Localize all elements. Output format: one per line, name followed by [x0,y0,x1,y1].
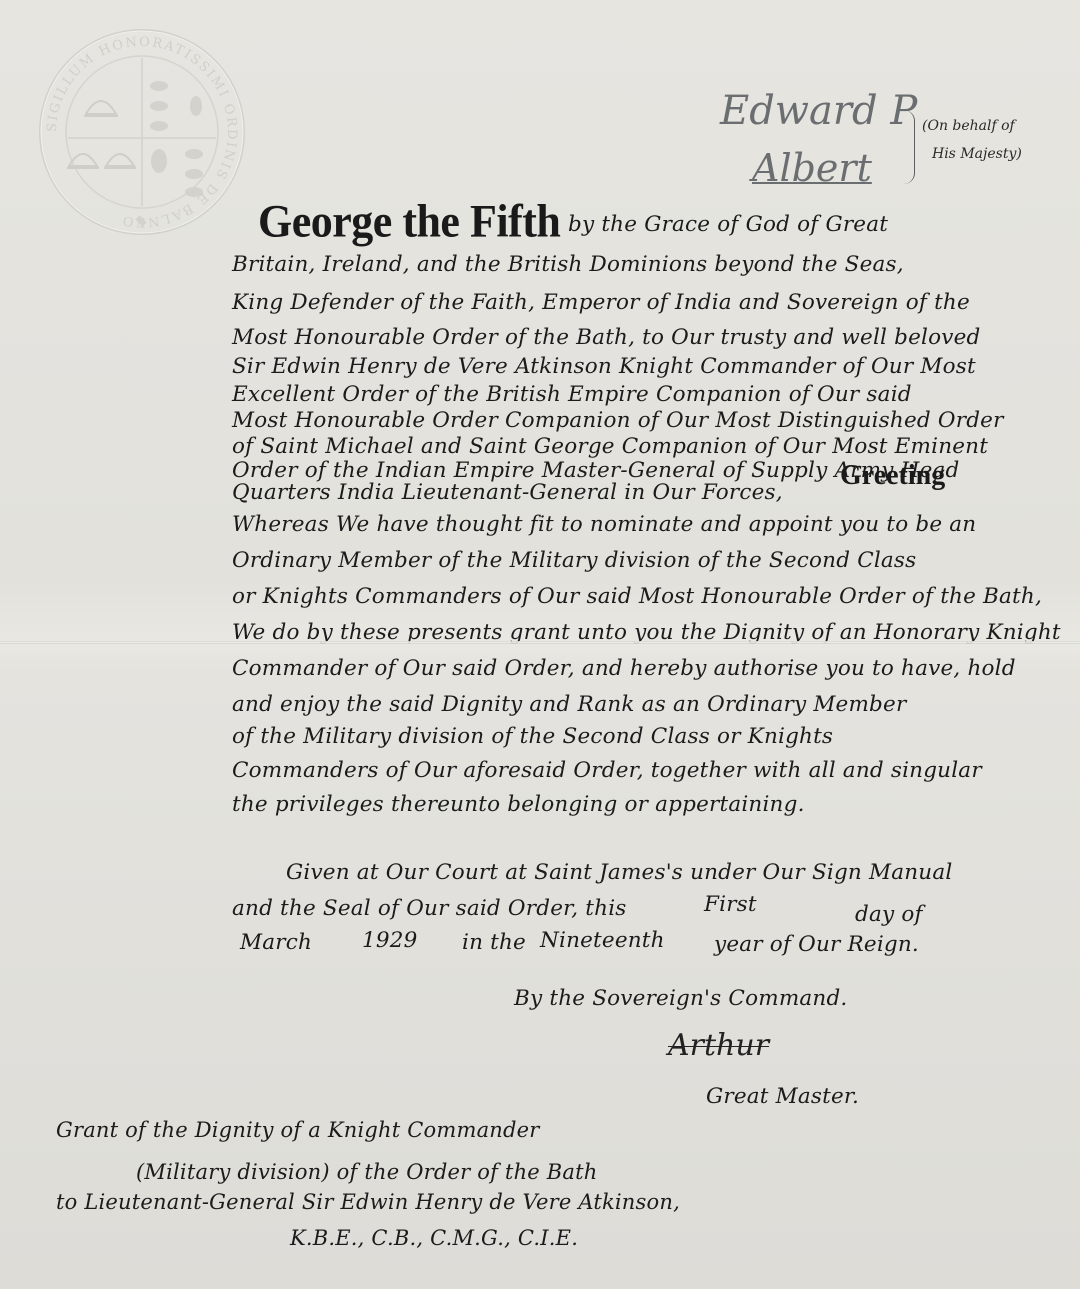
body-line: of the Military division of the Second C… [232,724,833,749]
great-master-title: Great Master. [706,1084,859,1109]
document-paper: SIGILLUM HONORATISSIMI ORDINIS DE BALNEO… [0,0,1080,1289]
given-line-2b: day of [855,902,923,927]
given-line-1: Given at Our Court at Saint James's unde… [286,860,952,885]
on-behalf-note-2: His Majesty) [932,146,1022,162]
paper-fold-line [0,641,1080,644]
body-line: Commanders of Our aforesaid Order, toget… [232,758,982,783]
body-line: Whereas We have thought fit to nominate … [232,512,976,537]
given-day: First [704,892,757,917]
preamble-line: by the Grace of God of Great [568,212,888,237]
body-line: Commander of Our said Order, and hereby … [232,656,1016,681]
signature-arthur: Arthur [668,1028,769,1063]
endorsement-line: K.B.E., C.B., C.M.G., C.I.E. [290,1226,578,1250]
preamble-line: King Defender of the Faith, Emperor of I… [232,290,970,315]
endorsement-line: to Lieutenant-General Sir Edwin Henry de… [56,1190,680,1214]
sovereign-command: By the Sovereign's Command. [514,986,847,1011]
greeting: Greeting [840,460,945,492]
endorsement-line: Grant of the Dignity of a Knight Command… [56,1118,540,1142]
preamble-line: Britain, Ireland, and the British Domini… [232,252,904,277]
body-line: or Knights Commanders of Our said Most H… [232,584,1042,609]
given-regnal-b: year of Our Reign. [714,932,919,957]
document-title: George the Fifth [258,195,560,249]
on-behalf-note-1: (On behalf of [922,118,1015,134]
given-line-2a: and the Seal of Our said Order, this [232,896,627,921]
embossed-seal-icon: SIGILLUM HONORATISSIMI ORDINIS DE BALNEO [36,26,248,238]
preamble-line: of Saint Michael and Saint George Compan… [232,434,988,459]
endorsement-line: (Military division) of the Order of the … [136,1160,598,1184]
preamble-line: Most Honourable Order of the Bath, to Ou… [232,325,980,350]
given-month: March [240,930,312,955]
preamble-line: Quarters India Lieutenant-General in Our… [232,480,783,505]
given-year: 1929 [362,928,418,953]
given-regnal-year: Nineteenth [540,928,665,953]
body-line: Ordinary Member of the Military division… [232,548,916,573]
body-line: and enjoy the said Dignity and Rank as a… [232,692,906,717]
signature-brace [904,110,915,184]
preamble-line: Sir Edwin Henry de Vere Atkinson Knight … [232,354,976,379]
signature-albert: Albert [752,146,872,190]
signature-edward: Edward P [720,88,917,134]
preamble-line: Excellent Order of the British Empire Co… [232,382,912,407]
body-line: the privileges thereunto belonging or ap… [232,792,805,817]
preamble-line: Most Honourable Order Companion of Our M… [232,408,1004,433]
given-regnal-a: in the [462,930,526,955]
